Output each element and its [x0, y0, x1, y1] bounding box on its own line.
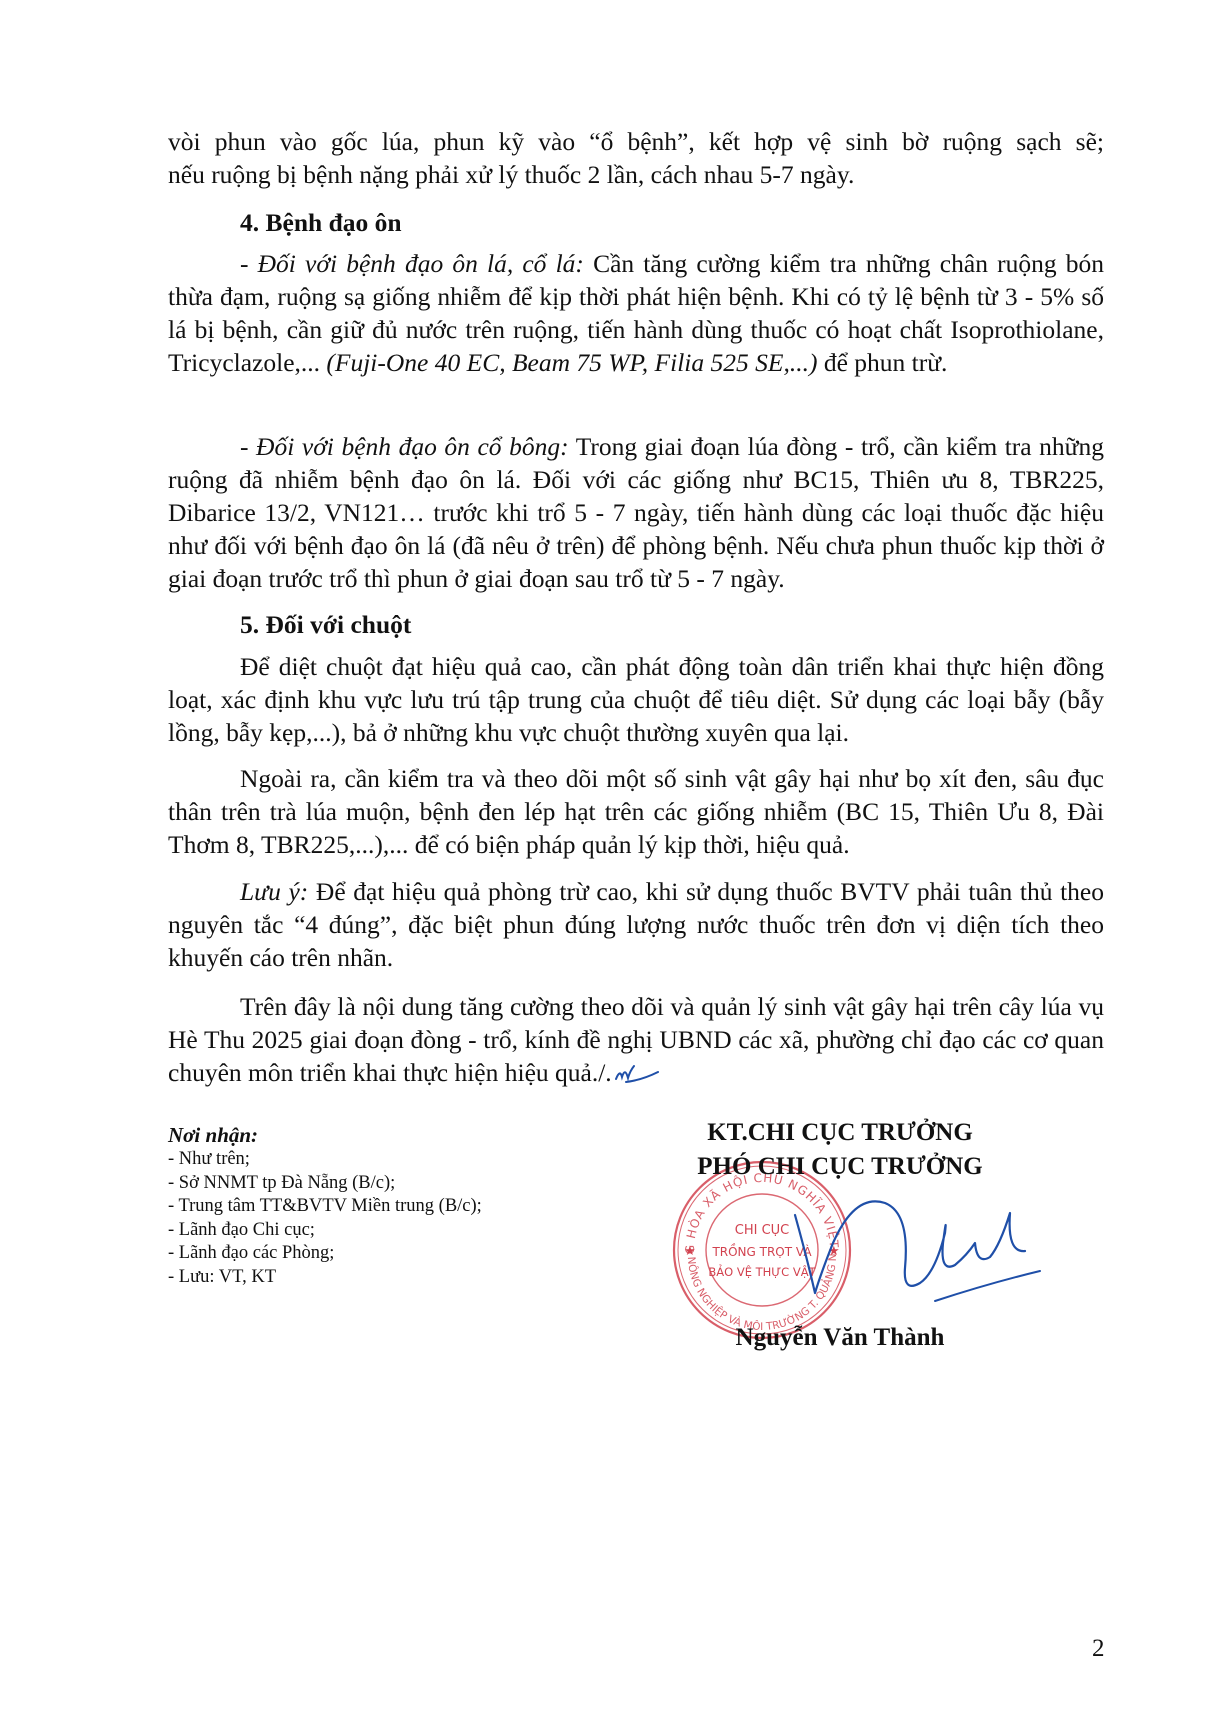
note-label: Lưu ý:: [240, 877, 308, 906]
closing-paragraph: Trên đây là nội dung tăng cường theo dõi…: [168, 990, 1104, 1089]
leaf-blast-paragraph: - Đối với bệnh đạo ôn lá, cổ lá: Cần tăn…: [168, 247, 1104, 379]
recipient-item: - Trung tâm TT&BVTV Miền trung (B/c);: [168, 1195, 628, 1219]
section-5: 5. Đối với chuột: [168, 608, 1104, 641]
section-5-heading: 5. Đối với chuột: [168, 608, 1104, 641]
neck-blast-label: - Đối với bệnh đạo ôn cổ bông:: [240, 432, 569, 461]
rat-control-paragraph: Để diệt chuột đạt hiệu quả cao, cần phát…: [168, 650, 1104, 749]
neck-blast-paragraph: - Đối với bệnh đạo ôn cổ bông: Trong gia…: [168, 430, 1104, 595]
section-4: 4. Bệnh đạo ôn: [168, 206, 1104, 239]
page-number: 2: [1092, 1634, 1105, 1664]
recipient-item: - Lãnh đạo Chi cục;: [168, 1219, 628, 1243]
note-paragraph: Lưu ý: Để đạt hiệu quả phòng trừ cao, kh…: [168, 875, 1104, 974]
recipient-item: - Lãnh đạo các Phòng;: [168, 1242, 628, 1266]
recipient-item: - Như trên;: [168, 1148, 628, 1172]
document-page: vòi phun vào gốc lúa, phun kỹ vào “ổ bện…: [0, 0, 1225, 1732]
svg-text:★: ★: [684, 1243, 696, 1258]
other-pests-text: Ngoài ra, cần kiểm tra và theo dõi một s…: [168, 762, 1104, 861]
signer-name: Nguyễn Văn Thành: [610, 1323, 1070, 1353]
signature-title-line-1: KT.CHI CỤC TRƯỞNG: [640, 1118, 1040, 1148]
leaf-blast-label: - Đối với bệnh đạo ôn lá, cổ lá:: [240, 249, 584, 278]
continuation-line-1: vòi phun vào gốc lúa, phun kỹ vào “ổ bện…: [168, 125, 1104, 158]
handwritten-signature-icon: [785, 1173, 1045, 1313]
recipient-item: - Lưu: VT, KT: [168, 1266, 628, 1290]
other-pests-paragraph: Ngoài ra, cần kiểm tra và theo dõi một s…: [168, 762, 1104, 861]
note-text: Để đạt hiệu quả phòng trừ cao, khi sử dụ…: [168, 877, 1104, 972]
initial-mark-icon: [612, 1063, 662, 1085]
continuation-paragraph: vòi phun vào gốc lúa, phun kỹ vào “ổ bện…: [168, 125, 1104, 191]
recipients-list: - Như trên; - Sở NNMT tp Đà Nẵng (B/c); …: [168, 1148, 628, 1289]
leaf-blast-tail: để phun trừ.: [817, 348, 947, 377]
svg-text:CHI CỤC: CHI CỤC: [735, 1223, 790, 1238]
leaf-blast-products: (Fuji-One 40 EC, Beam 75 WP, Filia 525 S…: [326, 348, 817, 377]
recipients-title: Nơi nhận:: [168, 1122, 628, 1148]
recipients-block: Nơi nhận: - Như trên; - Sở NNMT tp Đà Nẵ…: [168, 1122, 628, 1289]
continuation-line-2: nếu ruộng bị bệnh nặng phải xử lý thuốc …: [168, 158, 1104, 191]
signature-block: KT.CHI CỤC TRƯỞNG PHÓ CHI CỤC TRƯỞNG CỘN…: [640, 1118, 1040, 1368]
section-4-heading: 4. Bệnh đạo ôn: [168, 206, 1104, 239]
recipient-item: - Sở NNMT tp Đà Nẵng (B/c);: [168, 1172, 628, 1196]
rat-control-text: Để diệt chuột đạt hiệu quả cao, cần phát…: [168, 650, 1104, 749]
